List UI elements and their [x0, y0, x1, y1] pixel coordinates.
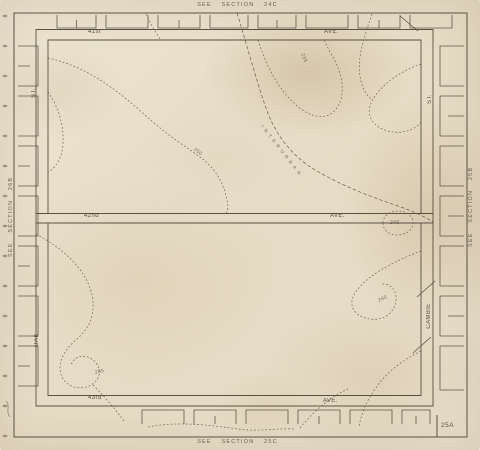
street-label-ave-top: AVE. — [324, 29, 339, 35]
contour-lines — [36, 14, 421, 430]
street-label-cambie: CAMBIE — [426, 286, 432, 346]
right-of-way-line — [237, 13, 433, 222]
street-label-43rd: 43rd — [88, 395, 102, 401]
street-label-st-right: ST. — [427, 79, 433, 119]
sheet-number: 25A — [441, 422, 454, 429]
margin-note-left: SEE SECTION 26B — [8, 177, 14, 257]
binder-punch-marks — [3, 15, 8, 437]
street-label-42nd: 42nd — [84, 213, 99, 219]
contour-elevation-label: 240 — [390, 220, 400, 226]
margin-note-top: SEE SECTION 24C — [130, 2, 345, 8]
street-grid — [6, 16, 435, 417]
map-linework — [0, 0, 480, 450]
street-label-st-left: ST. — [31, 73, 37, 113]
street-label-ave-bottom: AVE. — [323, 398, 338, 404]
street-label-oak: OAK — [34, 320, 40, 360]
street-label-41st: 41st — [88, 29, 101, 35]
street-label-ave-mid: AVE. — [330, 213, 345, 219]
margin-note-bottom: SEE SECTION 25C — [130, 439, 345, 445]
margin-note-right: SEE SECTION 25B — [468, 167, 474, 247]
